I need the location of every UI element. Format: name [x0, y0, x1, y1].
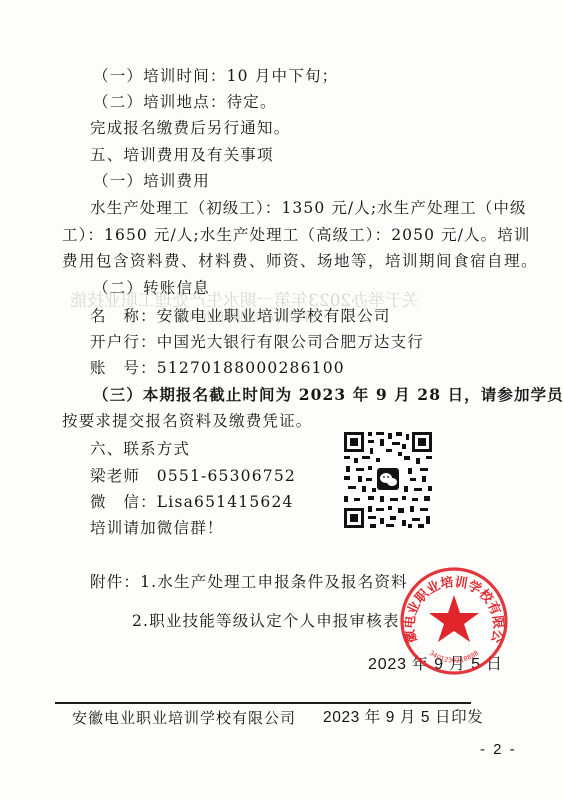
section-five-heading: 五、培训费用及有关事项: [90, 145, 274, 165]
footer-divider: [55, 702, 471, 704]
document-page: 关于举办2023年第一期水生产处理工职业技能 等级认定培训班的通知 （一）培训时…: [0, 0, 563, 800]
fee-subheading: （一）培训费用: [93, 171, 210, 191]
bank-name: 开户行：中国光大银行有限公司合肥万达支行: [90, 332, 424, 352]
attachment-1: 附件：1.水生产处理工申报条件及报名资料: [90, 572, 408, 592]
footer-issuer: 安徽电业职业培训学校有限公司: [72, 708, 296, 728]
attachment-2: 2.职业技能等级认定个人申报审核表: [132, 611, 400, 631]
notice-after-payment: 完成报名缴费后另行通知。: [90, 118, 290, 138]
wechat-qr-code: [342, 430, 434, 530]
fee-line-3: 费用包含资料费、材料费、师资、场地等，培训期间食宿自理。: [62, 251, 538, 271]
fee-line-2: 工）：1650 元/人;水生产处理工（高级工）：2050 元/人。培训: [62, 225, 530, 245]
training-time: （一）培训时间：10 月中下旬；: [93, 66, 338, 86]
contact-wechat: 微 信：Lisa651415624: [90, 492, 294, 512]
deadline-line-2: 按要求提交报名资料及缴费凭证。: [62, 411, 313, 431]
stamp-code: 3401230218888: [428, 649, 481, 665]
deadline-line-1: （三）本期报名截止时间为 2023 年 9 月 28 日，请参加学员: [93, 385, 563, 405]
svg-text:3401230218888: 3401230218888: [428, 649, 481, 665]
footer-issue-date: 2023 年 9 月 5 日印发: [323, 708, 483, 728]
transfer-subheading: （二）转账信息: [93, 278, 210, 298]
fee-line-1: 水生产处理工（初级工）：1350 元/人;水生产处理工（中级: [90, 198, 527, 218]
account-name: 名 称：安徽电业职业培训学校有限公司: [90, 306, 391, 326]
training-location: （二）培训地点：待定。: [93, 92, 277, 112]
page-number: - 2 -: [480, 740, 517, 760]
account-number: 账 号：51270188000286100: [90, 358, 345, 378]
wechat-group-note: 培训请加微信群！: [90, 518, 224, 538]
official-seal-stamp: 安徽电业职业培训学校有限公司 3401230218888: [398, 565, 510, 677]
contact-phone: 梁老师 0551-65306752: [90, 466, 296, 486]
section-six-heading: 六、联系方式: [90, 439, 190, 459]
